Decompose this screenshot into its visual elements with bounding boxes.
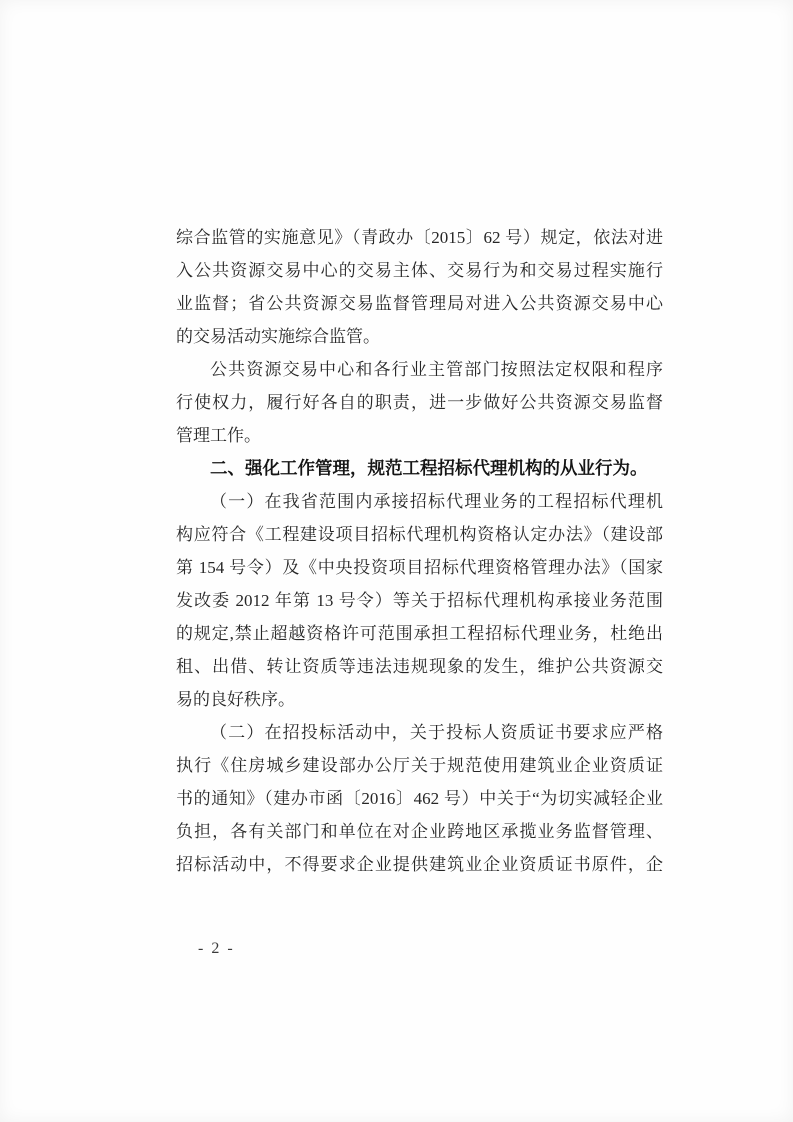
page-number: - 2 - xyxy=(198,940,235,958)
text-line-20: 招标活动中，不得要求企业提供建筑业企业资质证书原件，企 xyxy=(176,848,663,881)
document-body: 综合监管的实施意见》（青政办〔2015〕62 号）规定，依法对进 入公共资源交易… xyxy=(176,221,663,881)
text-line-11: 第 154 号令）及《中央投资项目招标代理资格管理办法》（国家 xyxy=(176,551,663,584)
text-line-04: 的交易活动实施综合监管。 xyxy=(176,320,663,353)
document-page: 综合监管的实施意见》（青政办〔2015〕62 号）规定，依法对进 入公共资源交易… xyxy=(0,0,793,1122)
text-line-16: （二）在招投标活动中，关于投标人资质证书要求应严格 xyxy=(176,716,663,749)
text-line-02: 入公共资源交易中心的交易主体、交易行为和交易过程实施行 xyxy=(176,254,663,287)
text-line-15: 易的良好秩序。 xyxy=(176,683,663,716)
text-line-13: 的规定,禁止超越资格许可范围承担工程招标代理业务，杜绝出 xyxy=(176,617,663,650)
text-line-05: 公共资源交易中心和各行业主管部门按照法定权限和程序 xyxy=(176,353,663,386)
text-line-18: 书的通知》（建办市函〔2016〕462 号）中关于“为切实减轻企业 xyxy=(176,782,663,815)
text-line-10: 构应符合《工程建设项目招标代理机构资格认定办法》（建设部 xyxy=(176,518,663,551)
text-line-03: 业监督；省公共资源交易监督管理局对进入公共资源交易中心 xyxy=(176,287,663,320)
text-line-06: 行使权力，履行好各自的职责，进一步做好公共资源交易监督 xyxy=(176,386,663,419)
text-line-09: （一）在我省范围内承接招标代理业务的工程招标代理机 xyxy=(176,485,663,518)
text-line-17: 执行《住房城乡建设部办公厅关于规范使用建筑业企业资质证 xyxy=(176,749,663,782)
text-line-12: 发改委 2012 年第 13 号令）等关于招标代理机构承接业务范围 xyxy=(176,584,663,617)
text-line-19: 负担，各有关部门和单位在对企业跨地区承揽业务监督管理、 xyxy=(176,815,663,848)
section-heading: 二、强化工作管理，规范工程招标代理机构的从业行为。 xyxy=(176,452,663,485)
text-line-14: 租、出借、转让资质等违法违规现象的发生，维护公共资源交 xyxy=(176,650,663,683)
text-line-01: 综合监管的实施意见》（青政办〔2015〕62 号）规定，依法对进 xyxy=(176,221,663,254)
text-line-07: 管理工作。 xyxy=(176,419,663,452)
